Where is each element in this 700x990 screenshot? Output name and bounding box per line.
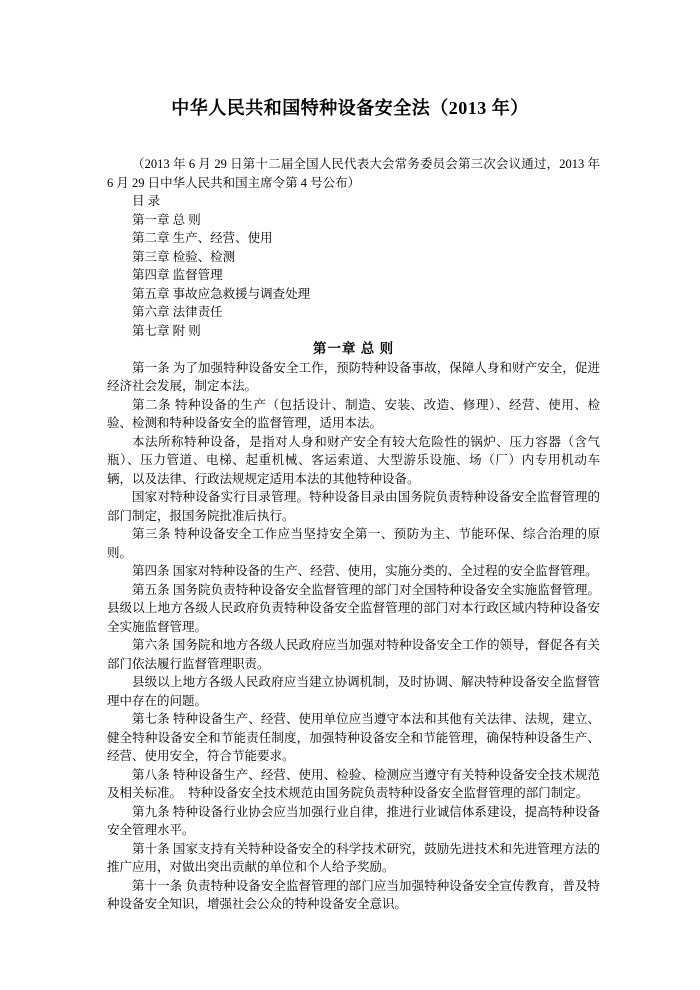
toc-item-chapter-6: 第六章 法律责任 <box>107 303 600 322</box>
law-paragraph-article-2-cont-2: 国家对特种设备实行目录管理。特种设备目录由国务院负责特种设备安全监督管理的部门制… <box>107 488 600 525</box>
law-paragraph-article-4: 第四条 国家对特种设备的生产、经营、使用，实施分类的、全过程的安全监督管理。 <box>107 562 600 581</box>
law-paragraph-article-2-cont-1: 本法所称特种设备，是指对人身和财产安全有较大危险性的锅炉、压力容器（含气瓶）、压… <box>107 433 600 489</box>
law-paragraph-article-3: 第三条 特种设备安全工作应当坚持安全第一、预防为主、节能环保、综合治理的原则。 <box>107 525 600 562</box>
law-paragraph-article-1: 第一条 为了加强特种设备安全工作，预防特种设备事故，保障人身和财产安全，促进经济… <box>107 359 600 396</box>
toc-item-chapter-5: 第五章 事故应急救援与调查处理 <box>107 285 600 304</box>
document-title: 中华人民共和国特种设备安全法（2013 年） <box>0 0 700 119</box>
law-paragraph-article-8: 第八条 特种设备生产、经营、使用、检验、检测应当遵守有关特种设备安全技术规范及相… <box>107 766 600 803</box>
law-paragraph-article-6-cont: 县级以上地方各级人民政府应当建立协调机制，及时协调、解决特种设备安全监督管理中存… <box>107 673 600 710</box>
law-paragraph-article-9: 第九条 特种设备行业协会应当加强行业自律，推进行业诚信体系建设，提高特种设备安全… <box>107 803 600 840</box>
chapter-1-heading: 第一章 总 则 <box>107 340 600 359</box>
toc-item-chapter-4: 第四章 监督管理 <box>107 266 600 285</box>
toc-item-chapter-3: 第三章 检验、检测 <box>107 248 600 267</box>
document-page: 中华人民共和国特种设备安全法（2013 年） （2013 年 6 月 29 日第… <box>0 0 700 990</box>
toc-item-chapter-2: 第二章 生产、经营、使用 <box>107 229 600 248</box>
law-paragraph-article-10: 第十条 国家支持有关特种设备安全的科学技术研究，鼓励先进技术和先进管理方法的推广… <box>107 840 600 877</box>
toc-item-chapter-7: 第七章 附 则 <box>107 322 600 341</box>
toc-item-chapter-1: 第一章 总 则 <box>107 211 600 230</box>
document-body: （2013 年 6 月 29 日第十二届全国人民代表大会常务委员会第三次会议通过… <box>0 155 700 914</box>
law-paragraph-article-6: 第六条 国务院和地方各级人民政府应当加强对特种设备安全工作的领导，督促各有关部门… <box>107 636 600 673</box>
law-paragraph-article-2: 第二条 特种设备的生产（包括设计、制造、安装、改造、修理）、经营、使用、检验、检… <box>107 396 600 433</box>
toc-title: 目 录 <box>107 192 600 211</box>
law-paragraph-article-7: 第七条 特种设备生产、经营、使用单位应当遵守本法和其他有关法律、法规，建立、健全… <box>107 710 600 766</box>
promulgation-note: （2013 年 6 月 29 日第十二届全国人民代表大会常务委员会第三次会议通过… <box>107 155 600 192</box>
law-paragraph-article-5: 第五条 国务院负责特种设备安全监督管理的部门对全国特种设备安全实施监督管理。县级… <box>107 581 600 637</box>
law-paragraph-article-11: 第十一条 负责特种设备安全监督管理的部门应当加强特种设备安全宣传教育，普及特种设… <box>107 877 600 914</box>
